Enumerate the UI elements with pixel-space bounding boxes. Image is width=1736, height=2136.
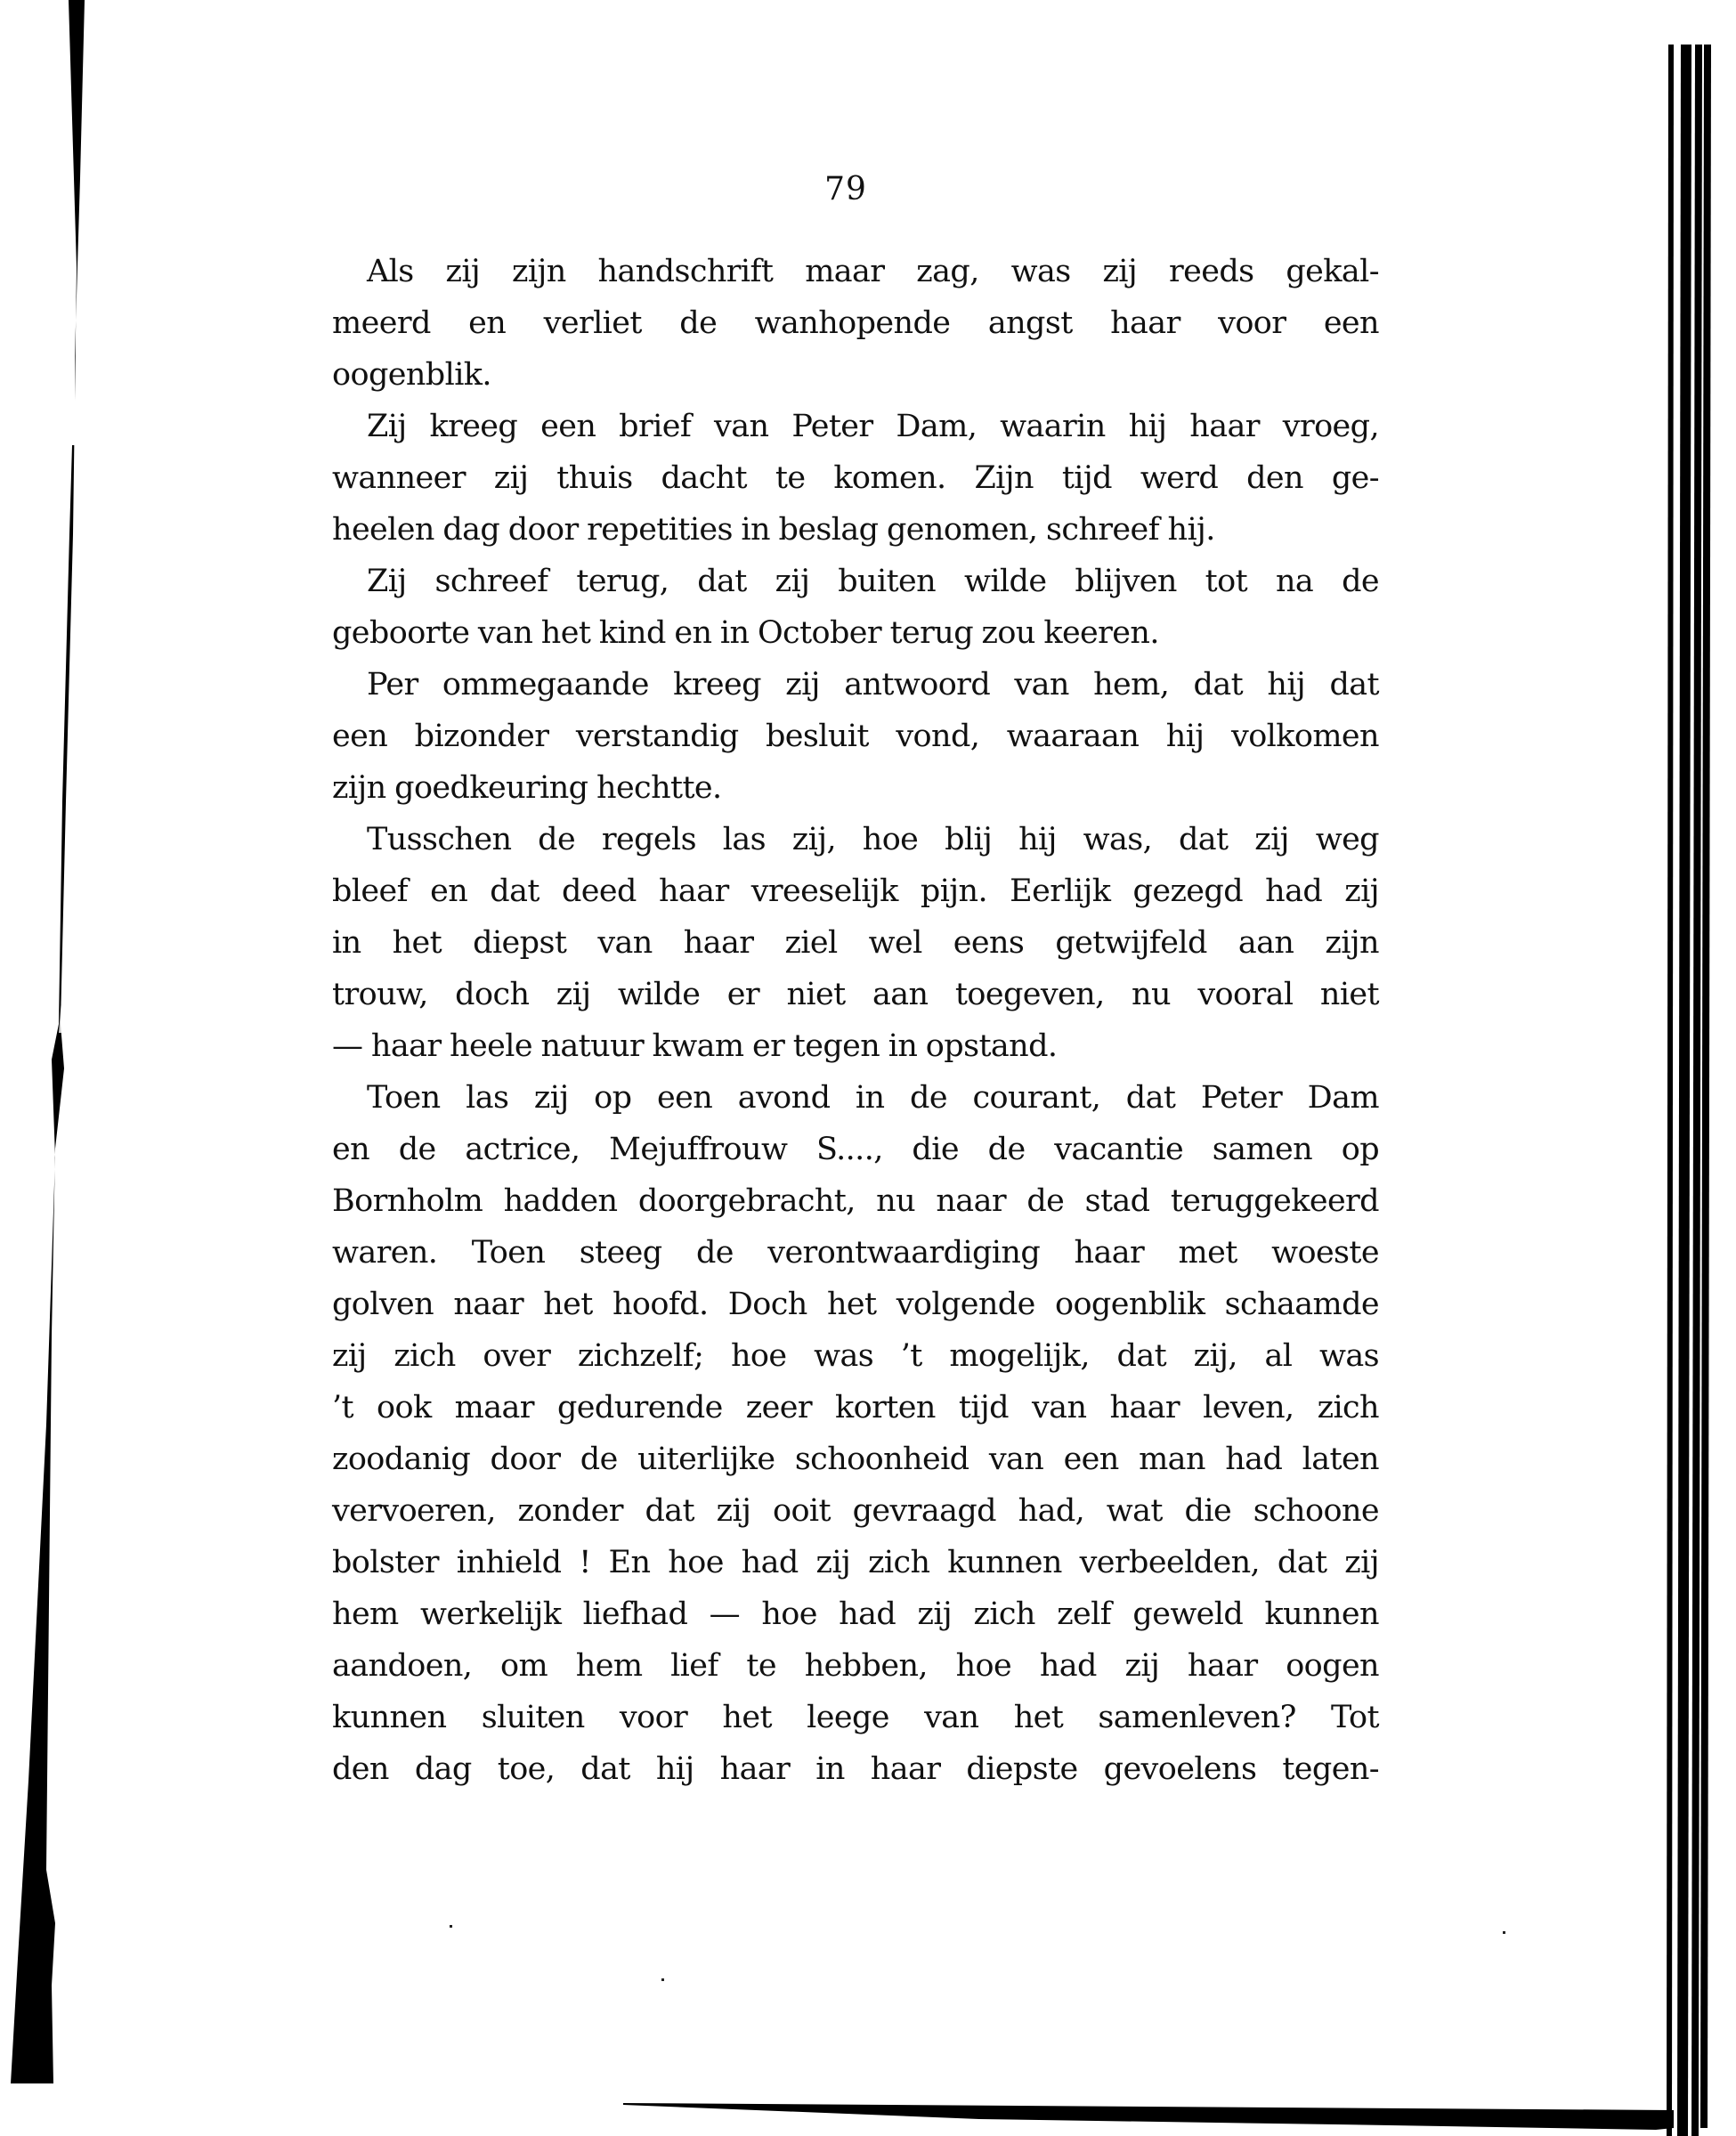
text-line: hem werkelijk liefhad — hoe had zij zich… bbox=[332, 1588, 1379, 1640]
text-line: Zij schreef terug, dat zij buiten wilde … bbox=[332, 556, 1379, 607]
text-line: Per ommegaande kreeg zij antwoord van he… bbox=[332, 659, 1379, 711]
text-line: golven naar het hoofd. Doch het volgende… bbox=[332, 1279, 1379, 1330]
right-page-edge bbox=[1656, 0, 1736, 2136]
text-line: den dag toe, dat hij haar in haar diepst… bbox=[332, 1743, 1379, 1795]
text-line: wanneer zij thuis dacht te komen. Zijn t… bbox=[332, 452, 1379, 504]
scan-speck bbox=[450, 1925, 452, 1928]
text-line: geboorte van het kind en in October teru… bbox=[332, 607, 1379, 659]
text-line: en de actrice, Mejuffrouw S...., die de … bbox=[332, 1124, 1379, 1175]
text-line: oogenblik. bbox=[332, 349, 1379, 401]
bottom-page-edge bbox=[0, 2048, 1736, 2136]
left-page-edge bbox=[0, 0, 107, 2136]
text-line: Tusschen de regels las zij, hoe blij hij… bbox=[332, 814, 1379, 865]
text-line: ’t ook maar gedurende zeer korten tijd v… bbox=[332, 1382, 1379, 1433]
text-line: heelen dag door repetities in beslag gen… bbox=[332, 504, 1379, 556]
text-line: aandoen, om hem lief te hebben, hoe had … bbox=[332, 1640, 1379, 1692]
text-line: zij zich over zichzelf; hoe was ’t mogel… bbox=[332, 1330, 1379, 1382]
text-line: Als zij zijn handschrift maar zag, was z… bbox=[332, 246, 1379, 297]
body-text: Als zij zijn handschrift maar zag, was z… bbox=[332, 246, 1379, 1795]
text-line: trouw, doch zij wilde er niet aan toegev… bbox=[332, 969, 1379, 1020]
book-page: 79 Als zij zijn handschrift maar zag, wa… bbox=[0, 0, 1736, 2136]
text-line: zijn goedkeuring hechtte. bbox=[332, 762, 1379, 814]
text-line: meerd en verliet de wanhopende angst haa… bbox=[332, 297, 1379, 349]
text-line: — haar heele natuur kwam er tegen in ops… bbox=[332, 1020, 1379, 1072]
text-line: Toen las zij op een avond in de courant,… bbox=[332, 1072, 1379, 1124]
text-line: Zij kreeg een brief van Peter Dam, waari… bbox=[332, 401, 1379, 452]
text-line: zoodanig door de uiterlijke schoonheid v… bbox=[332, 1433, 1379, 1485]
scan-speck bbox=[661, 1978, 664, 1981]
text-line: bleef en dat deed haar vreeselijk pijn. … bbox=[332, 865, 1379, 917]
text-line: vervoeren, zonder dat zij ooit gevraagd … bbox=[332, 1485, 1379, 1537]
text-line: een bizonder verstandig besluit vond, wa… bbox=[332, 711, 1379, 762]
text-line: in het diepst van haar ziel wel eens get… bbox=[332, 917, 1379, 969]
text-line: waren. Toen steeg de verontwaardiging ha… bbox=[332, 1227, 1379, 1279]
text-line: kunnen sluiten voor het leege van het sa… bbox=[332, 1692, 1379, 1743]
text-line: Bornholm hadden doorgebracht, nu naar de… bbox=[332, 1175, 1379, 1227]
page-number: 79 bbox=[0, 171, 1691, 207]
text-line: bolster inhield ! En hoe had zij zich ku… bbox=[332, 1537, 1379, 1588]
scan-speck bbox=[1503, 1931, 1505, 1934]
